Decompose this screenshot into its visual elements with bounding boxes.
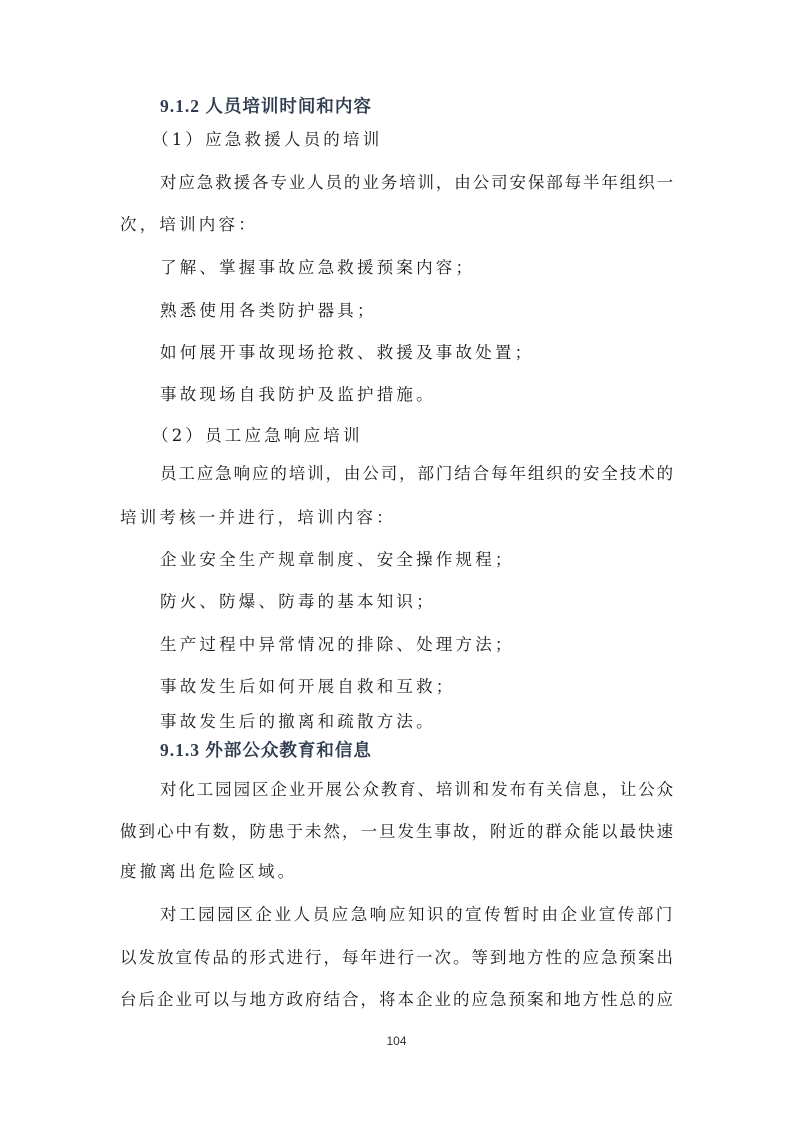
paragraph-line: （1）应急救援人员的培训 (152, 130, 382, 150)
paragraph-line: 以发放宣传品的形式进行，每年进行一次。等到地方性的应急预案出 (120, 948, 675, 968)
paragraph-line: 事故发生后如何开展自救和互救； (160, 677, 456, 697)
paragraph-line: 对化工园园区企业开展公众教育、培训和发布有关信息，让公众 (160, 780, 675, 800)
paragraph-line: 如何展开事故现场抢救、救援及事故处置； (160, 343, 534, 363)
paragraph-line: 度撤离出危险区域。 (120, 862, 297, 882)
paragraph-line: 生产过程中异常情况的排除、处理方法； (160, 635, 515, 655)
paragraph-line: 做到心中有数，防患于未然，一旦发生事故，附近的群众能以最快速 (120, 822, 675, 842)
section-heading: 9.1.2 人员培训时间和内容 (160, 96, 372, 116)
paragraph-line: 员工应急响应的培训，由公司，部门结合每年组织的安全技术的 (160, 464, 675, 484)
paragraph-line: 对工园园区企业人员应急响应知识的宣传暂时由企业宣传部门 (160, 905, 675, 925)
paragraph-line: 防火、防爆、防毒的基本知识； (160, 592, 436, 612)
paragraph-line: （2）员工应急响应培训 (152, 426, 363, 446)
paragraph-line: 企业安全生产规章制度、安全操作规程； (160, 550, 515, 570)
paragraph-line: 事故发生后的撤离和疏散方法。 (160, 712, 436, 732)
paragraph-line: 培训考核一并进行，培训内容： (120, 508, 396, 528)
paragraph-line: 了解、掌握事故应急救援预案内容； (160, 258, 475, 278)
paragraph-line: 次，培训内容： (120, 215, 258, 235)
paragraph-line: 对应急救援各专业人员的业务培训，由公司安保部每半年组织一 (160, 173, 675, 193)
page-number: 104 (0, 1034, 793, 1048)
paragraph-line: 事故现场自我防护及监护措施。 (160, 385, 436, 405)
paragraph-line: 台后企业可以与地方政府结合，将本企业的应急预案和地方性总的应 (120, 990, 675, 1010)
paragraph-line: 熟悉使用各类防护器具； (160, 301, 377, 321)
section-heading: 9.1.3 外部公众教育和信息 (160, 740, 372, 760)
